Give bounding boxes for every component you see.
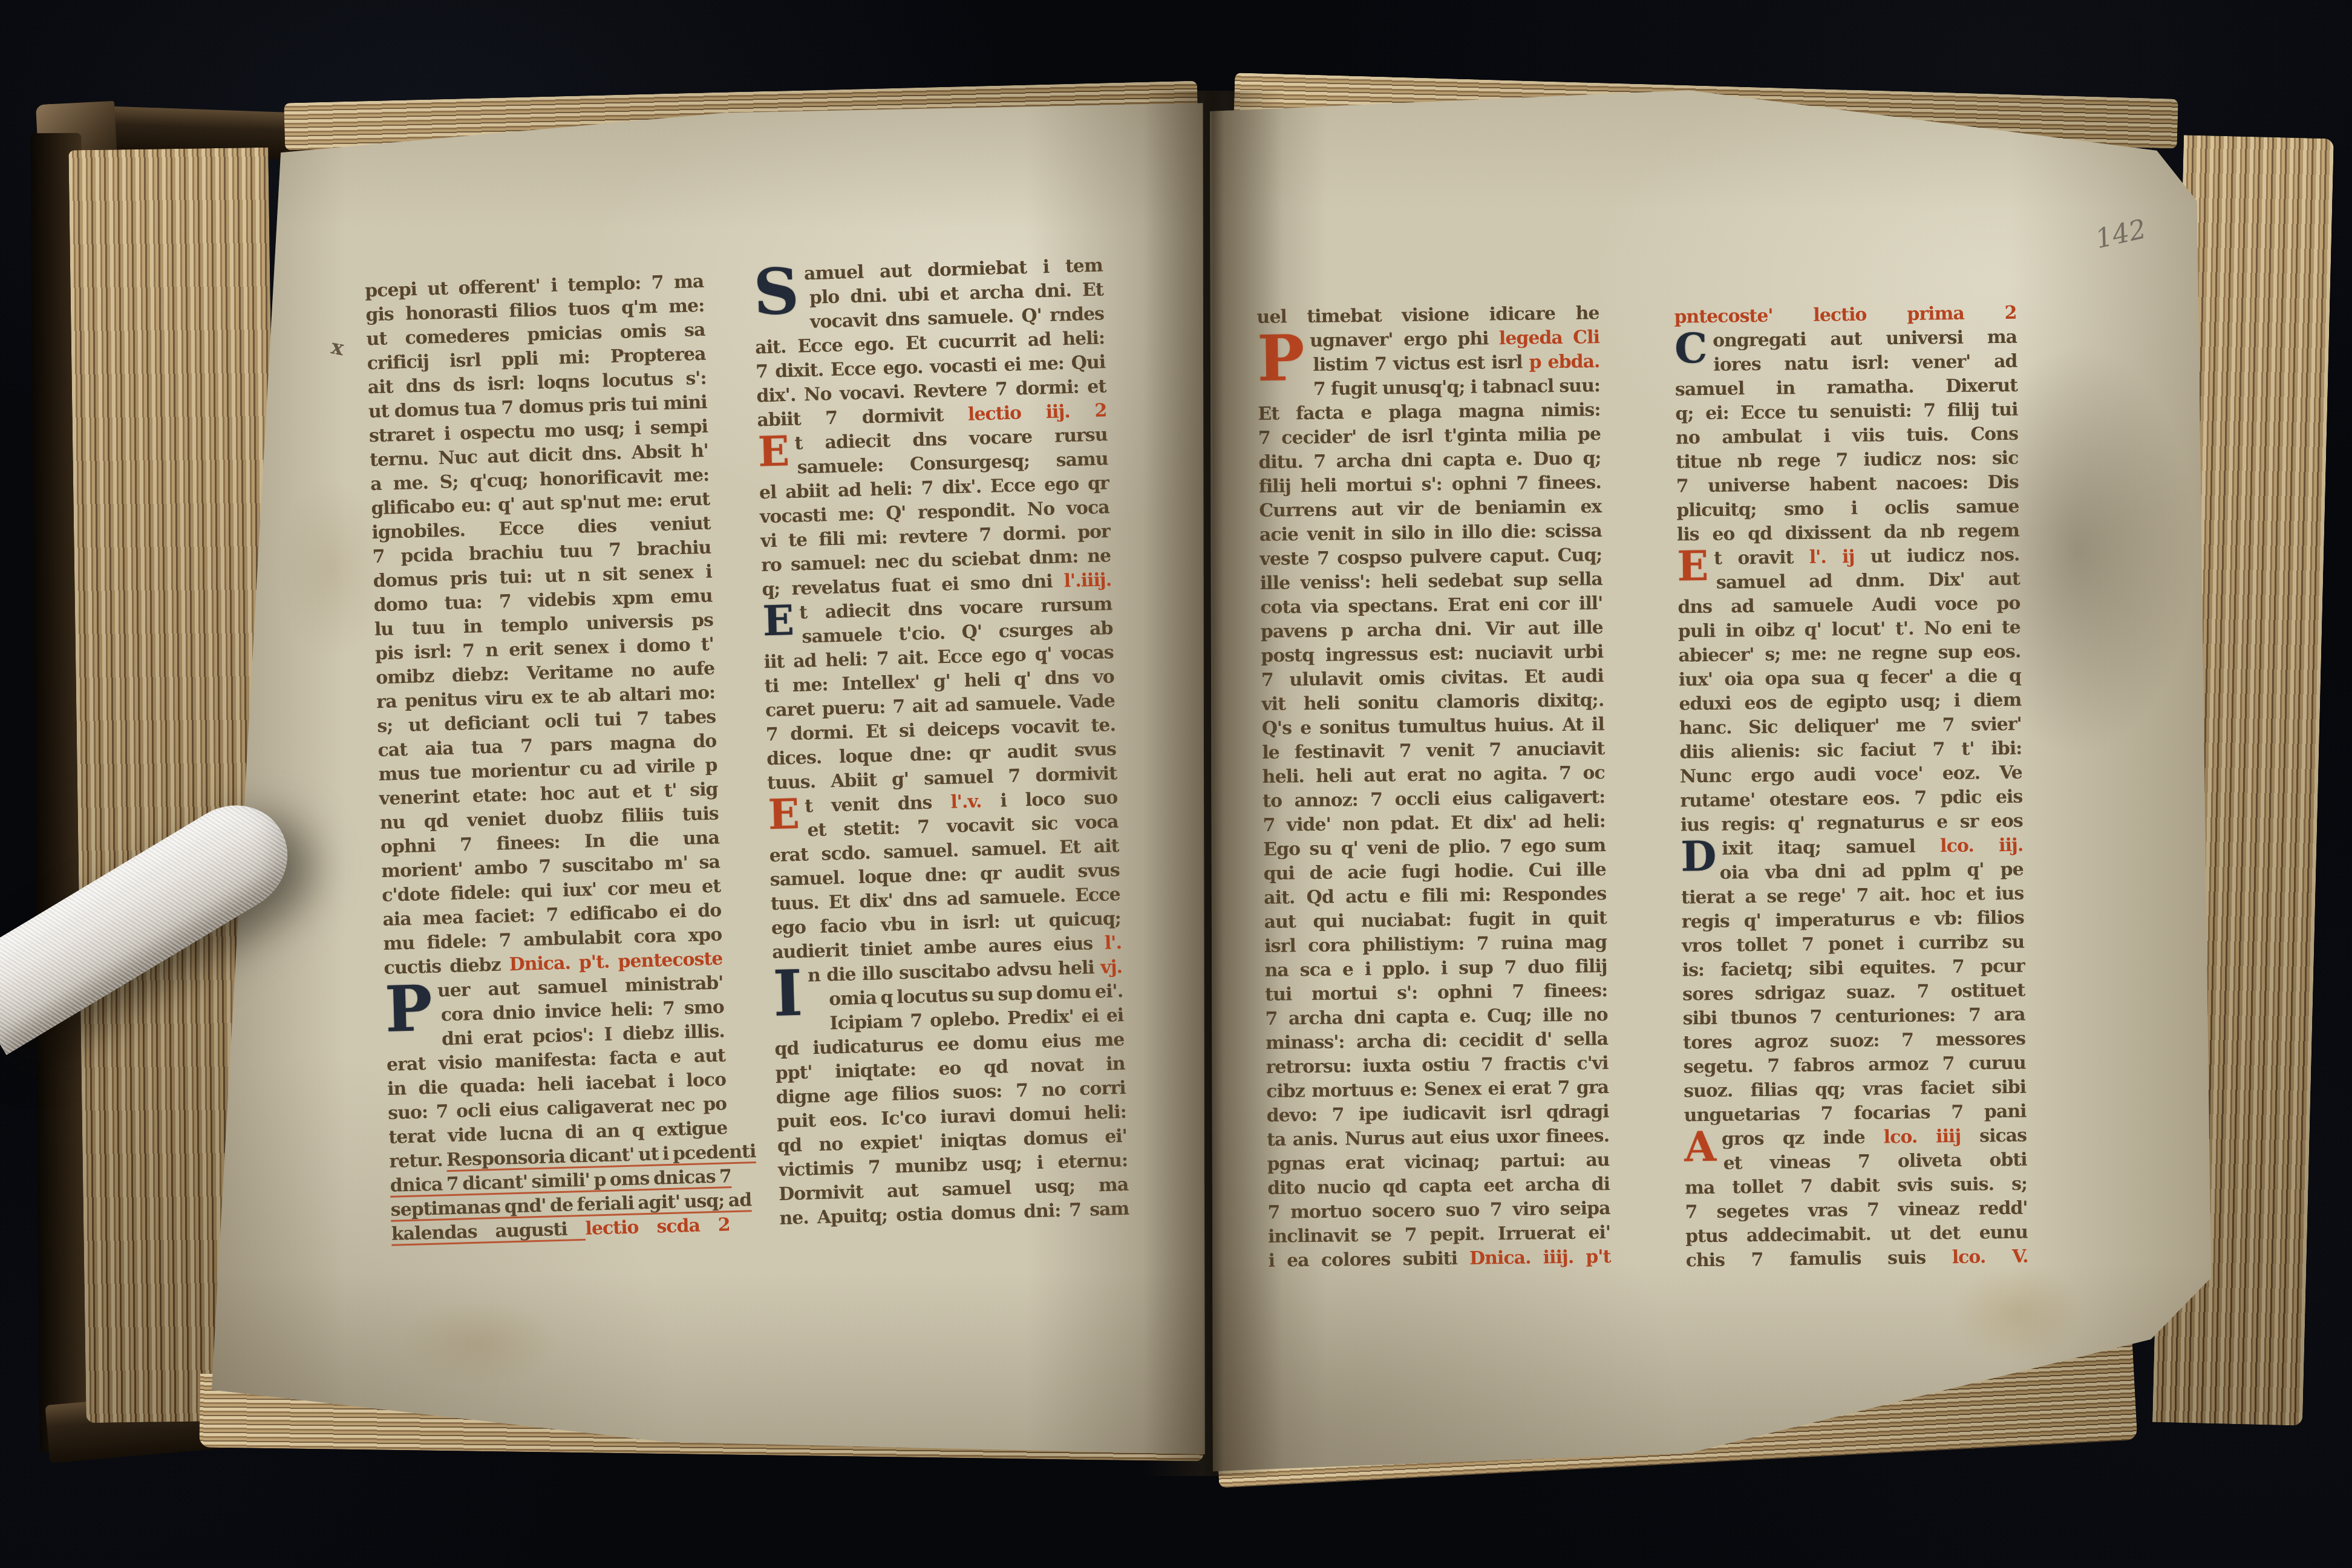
body-text: hanc. Sic deliquer' me 7 svier' [1679, 714, 2022, 739]
text-line: inclinavit se 7 pepit. Irruerat ei' [1268, 1222, 1610, 1247]
text-line: le festinavit 7 venit 7 anuciavit [1262, 738, 1604, 763]
illuminated-initial: D [1681, 837, 1716, 862]
body-text: uel timebat visione idicare he [1256, 302, 1599, 328]
text-line: Et facta e plaga magna nimis: [1258, 399, 1600, 425]
text-line: Ego su q' veni de plio. 7 ego sum [1263, 835, 1606, 860]
rubric-text: lco. iij. [1940, 835, 2024, 857]
text-line: 7 ululavit omis civitas. Et audi [1261, 665, 1604, 691]
body-text: postq ingressus est: nuciavit urbi [1261, 641, 1603, 667]
body-text: to annoz: 7 occli eius caligavert: [1263, 786, 1605, 812]
text-line: suoz. filias qq; vras faciet sibi [1684, 1077, 2026, 1102]
body-text: ixit itaq; samuel [1722, 835, 1940, 859]
body-text: et vineas 7 oliveta obti [1723, 1149, 2027, 1174]
body-text: listim 7 victus est isrl [1313, 352, 1529, 376]
text-line: 7 archa dni capta e. Cuq; ille no [1265, 1004, 1607, 1030]
body-text: acie venit in silo in illo die: scissa [1259, 520, 1602, 546]
text-line: Congregati aut universi ma [1674, 327, 2017, 352]
text-line: rutame' otestare eos. 7 pdic eis [1680, 786, 2022, 812]
text-line: 7 fugit unusq'q; i tabnacl suu: [1258, 375, 1600, 400]
body-text: devo: 7 ipe iudicavit isrl qdragi [1266, 1101, 1609, 1126]
rubric-text: l'. ij [1809, 546, 1870, 568]
text-line: cibz mortuus e: Senex ei erat 7 gra [1266, 1077, 1609, 1102]
text-line: tierat a se rege' 7 ait. hoc et ius [1681, 883, 2024, 909]
right-page-text-tilt: 142 uel timebat visione idicare hePugnav… [1198, 79, 2220, 1494]
text-line: segetu. 7 fabros armoz 7 curuu [1683, 1053, 2025, 1078]
body-text: 7 universe habent nacoes: Dis [1676, 472, 2019, 497]
illuminated-initial: S [753, 262, 798, 287]
rubric-text: Dnica. p't. pentecoste [509, 948, 723, 975]
text-column-2: Samuel aut dormiebat i templo dni. ubi e… [753, 253, 1129, 1231]
text-line: 7 universe habent nacoes: Dis [1676, 472, 2019, 497]
illuminated-initial: E [762, 601, 794, 626]
text-line: vros tollet 7 ponet i curribz su [1682, 932, 2024, 957]
rubric-text: pntecoste' lectio prima 2 [1674, 302, 2016, 328]
text-line: puli in oibz q' locut' t'. No eni te [1678, 617, 2020, 642]
text-line: 7 vide' non pdat. Et dix' ad heli: [1263, 811, 1606, 836]
text-line: samuel in ramatha. Dixerut [1675, 375, 2017, 400]
text-line: Et oravit l'. ij ut iudicz nos. [1677, 544, 2019, 570]
rubric-text: p ebda. [1529, 351, 1599, 373]
text-line: qui de acie fugi hodie. Cui ille [1263, 859, 1606, 884]
text-line: chis 7 famulis suis lco. V. [1685, 1246, 2028, 1272]
body-text: plicuitq; smo i oclis samue [1676, 496, 2019, 521]
body-text: gros qz inde [1722, 1127, 1884, 1150]
black-cloth-background: x pcepi ut offerent' i templo: 7 magis h… [0, 0, 2352, 1568]
text-line: Currens aut vir de beniamin ex [1259, 496, 1601, 521]
text-line: eduxi eos de egipto usq; i diem [1679, 690, 2021, 715]
rubric-text: l'.iiij. [1063, 569, 1111, 592]
rubric-text: Dnica. iiij. p't [1469, 1246, 1611, 1269]
text-line: ta anis. Nurus aut eius uxor finees. [1267, 1125, 1609, 1151]
body-text: t venit dns [805, 792, 951, 817]
illuminated-initial: C [1674, 329, 1707, 354]
body-text: 7 fugit unusq'q; i tabnacl suu: [1313, 375, 1600, 400]
text-line: ait. Qd actu e fili mi: Respondes [1264, 883, 1606, 909]
body-text: cota via spectans. Erat eni cor ill' [1260, 593, 1602, 618]
body-text: no ambulat i viis tuis. Cons [1676, 423, 2018, 449]
body-text: i ea colores subiti [1268, 1248, 1469, 1272]
body-text: na sca e i pplo. i sup 7 duo filij [1264, 956, 1607, 981]
text-line: pntecoste' lectio prima 2 [1674, 302, 2016, 328]
text-line: ditu. 7 archa dni capta e. Duo q; [1258, 448, 1601, 473]
body-text: abiit 7 dormivit [757, 404, 968, 431]
margin-cross-mark: x [329, 335, 345, 361]
body-text: samuel in ramatha. Dixerut [1675, 375, 2017, 400]
body-text: ugnaver' ergo phi [1310, 328, 1499, 351]
illuminated-initial: P [1257, 329, 1304, 354]
text-line: pavens p archa dni. Vir aut ille [1261, 617, 1603, 642]
body-text: oia vba dni ad pplm q' pe [1720, 859, 2024, 884]
rubric-text: l'. [1104, 932, 1122, 954]
text-line: Pugnaver' ergo phi legeda Cli [1257, 327, 1599, 352]
text-column-4: pntecoste' lectio prima 2Congregati aut … [1674, 301, 2028, 1273]
text-line: filij heli mortui s': ophni 7 finees. [1259, 472, 1601, 497]
text-line: cota via spectans. Erat eni cor ill' [1260, 593, 1602, 618]
rubric-text: lectio scda 2 [585, 1214, 730, 1240]
left-page: x pcepi ut offerent' i templo: 7 magis h… [206, 91, 1207, 1464]
text-line: iores natu isrl: vener' ad [1674, 351, 2017, 376]
text-line: oia vba dni ad pplm q' pe [1681, 859, 2024, 884]
body-text: segetu. 7 fabros armoz 7 curuu [1683, 1053, 2025, 1078]
text-line: hanc. Sic deliquer' me 7 svier' [1679, 714, 2022, 739]
rubric-text: lco. iiij [1883, 1126, 1979, 1148]
body-text: dni erat pcios': I diebz illis. [441, 1021, 725, 1050]
text-line: minass': archa di: cecidit d' sella [1266, 1028, 1608, 1054]
body-text: rutame' otestare eos. 7 pdic eis [1680, 786, 2022, 812]
illuminated-initial: A [1684, 1128, 1716, 1152]
body-text: chis 7 famulis suis [1685, 1247, 1952, 1271]
text-line: uel timebat visione idicare he [1256, 302, 1599, 328]
text-line: diis alienis: sic faciut 7 t' ibi: [1679, 738, 2022, 763]
text-line: Dixit itaq; samuel lco. iij. [1681, 835, 2023, 860]
body-text: sicas [1979, 1125, 2027, 1147]
body-text: 7 mortuo socero suo 7 viro seipa [1267, 1198, 1610, 1223]
body-text: is: facietq; sibi equites. 7 pcur [1682, 956, 2024, 981]
body-text: cibz mortuus e: Senex ei erat 7 gra [1266, 1077, 1609, 1102]
body-text: iores natu isrl: vener' ad [1713, 351, 2017, 376]
body-text: Nunc ergo audi voce' eoz. Ve [1680, 762, 2022, 788]
body-text: 7 vide' non pdat. Et dix' ad heli: [1263, 811, 1606, 836]
body-text: regis q' imperaturus e vb: filios [1682, 907, 2024, 933]
text-line: q; ei: Ecce tu senuisti: 7 filij tui [1675, 399, 2017, 425]
body-text: t oravit [1714, 547, 1809, 569]
text-line: samuel ad dnm. Dix' aut [1677, 569, 2020, 594]
body-text: i loco suo [981, 787, 1118, 812]
body-text: isrl cora philistiym: 7 ruina mag [1264, 932, 1607, 957]
body-text: samuel ad dnm. Dix' aut [1716, 569, 2020, 593]
body-text: tui mortui s': ophni 7 finees: [1265, 980, 1607, 1005]
text-line: unguetarias 7 focarias 7 pani [1684, 1101, 2026, 1126]
body-text: tores agroz suoz: 7 messores [1683, 1028, 2025, 1054]
text-line: plicuitq; smo i oclis samue [1676, 496, 2019, 521]
left-page-text-tilt: x pcepi ut offerent' i templo: 7 magis h… [187, 77, 1226, 1477]
body-text: eduxi eos de egipto usq; i diem [1679, 690, 2021, 715]
body-text: cora dnio invice heli: 7 smo [440, 996, 724, 1025]
text-line: sores sdrigaz suaz. 7 ostituet [1682, 980, 2025, 1005]
body-text: pavens p archa dni. Vir aut ille [1261, 617, 1603, 642]
body-text: abiecer' s; me: ne regne sup eos. [1678, 641, 2020, 667]
body-text: sores sdrigaz suaz. 7 ostituet [1682, 980, 2025, 1005]
text-line: et vineas 7 oliveta obti [1684, 1149, 2027, 1175]
text-line: ius regis: q' regnaturus e sr eos [1681, 811, 2023, 836]
body-text: Et facta e plaga magna nimis: [1258, 399, 1600, 425]
body-text: sibi tbunos 7 centuriones: 7 ara [1682, 1004, 2025, 1030]
rubric-text: vj. [1100, 956, 1123, 978]
body-text: vros tollet 7 ponet i curribz su [1682, 932, 2024, 957]
illuminated-initial: E [768, 795, 799, 820]
text-line: aut qui nuciabat: fugit in quit [1264, 907, 1606, 933]
text-line: Q's e sonitus tumultus huius. At il [1262, 714, 1604, 739]
body-text: minass': archa di: cecidit d' sella [1266, 1028, 1608, 1054]
body-text: vit heli sonitu clamoris dixitq;. [1261, 690, 1604, 715]
body-text: tierat a se rege' 7 ait. hoc et ius [1681, 883, 2024, 909]
text-line: isrl cora philistiym: 7 ruina mag [1264, 932, 1607, 957]
text-line: 7 mortuo socero suo 7 viro seipa [1267, 1198, 1610, 1223]
text-line: veste 7 cospso pulvere caput. Cuq; [1259, 544, 1602, 570]
text-line: 7 cecider' de isrl t'ginta milia pe [1258, 423, 1601, 449]
illuminated-initial: P [384, 979, 431, 1005]
text-line: to annoz: 7 occli eius caligavert: [1263, 786, 1605, 812]
text-line: i ea colores subiti Dnica. iiij. p't [1268, 1246, 1610, 1272]
body-text: le festinavit 7 venit 7 anuciavit [1262, 738, 1604, 763]
text-line: dito nucio qd capta eet archa di [1267, 1174, 1610, 1199]
body-text: 7 cecider' de isrl t'ginta milia pe [1258, 423, 1601, 449]
text-line: listim 7 victus est isrl p ebda. [1257, 351, 1599, 376]
body-text: kalendas augusti [391, 1218, 586, 1245]
body-text: diis alienis: sic faciut 7 t' ibi: [1679, 738, 2022, 763]
text-line: 7 segetes vras 7 vineaz redd' [1685, 1198, 2027, 1223]
body-text: ait. Qd actu e fili mi: Respondes [1264, 883, 1606, 909]
body-text: ius regis: q' regnaturus e sr eos [1681, 811, 2023, 836]
body-text: unguetarias 7 focarias 7 pani [1684, 1101, 2026, 1126]
body-text: qui de acie fugi hodie. Cui ille [1263, 859, 1606, 884]
text-line: titue nb rege 7 iudicz nos: sic [1676, 448, 2018, 473]
body-text: lis eo qd dixissent da nb regem [1677, 520, 2019, 546]
body-text: ma tollet 7 dabit svis suis. s; [1685, 1174, 2027, 1199]
body-text: Currens aut vir de beniamin ex [1259, 496, 1601, 521]
rubric-text: lco. V. [1952, 1246, 2028, 1269]
text-line: abiecer' s; me: ne regne sup eos. [1678, 641, 2020, 667]
illuminated-initial: E [1677, 547, 1708, 572]
illuminated-initial: I [773, 964, 802, 989]
text-line: ma tollet 7 dabit svis suis. s; [1685, 1174, 2027, 1199]
body-text: ongregati aut universi ma [1713, 327, 2017, 351]
body-text: inclinavit se 7 pepit. Irruerat ei' [1268, 1222, 1610, 1247]
body-text: veste 7 cospso pulvere caput. Cuq; [1259, 544, 1602, 570]
illuminated-initial: E [757, 432, 789, 457]
text-line: is: facietq; sibi equites. 7 pcur [1682, 956, 2024, 981]
body-text: 7 segetes vras 7 vineaz redd' [1685, 1198, 2027, 1223]
right-page: 142 uel timebat visione idicare hePugnav… [1207, 85, 2211, 1488]
text-line: na sca e i pplo. i sup 7 duo filij [1264, 956, 1607, 981]
body-text: filij heli mortui s': ophni 7 finees. [1259, 472, 1601, 497]
text-line: tores agroz suoz: 7 messores [1683, 1028, 2025, 1054]
body-text: ptus addecimabit. ut det eunu [1685, 1222, 2028, 1247]
text-column-3: uel timebat visione idicare hePugnaver' … [1256, 301, 1611, 1273]
body-text: dito nucio qd capta eet archa di [1267, 1174, 1610, 1199]
text-line: Agros qz inde lco. iiij sicas [1684, 1125, 2027, 1151]
text-line: regis q' imperaturus e vb: filios [1682, 907, 2024, 933]
body-text: pgnas erat vicinaq; partui: au [1267, 1149, 1609, 1175]
body-text: suoz. filias qq; vras faciet sibi [1684, 1077, 2026, 1102]
text-line: vit heli sonitu clamoris dixitq;. [1261, 690, 1604, 715]
text-line: ille veniss': heli sedebat sup sella [1260, 569, 1602, 594]
body-text: iux' oia opa sua q fecer' a die q [1679, 665, 2021, 691]
text-line: Nunc ergo audi voce' eoz. Ve [1680, 762, 2022, 788]
text-line: iux' oia opa sua q fecer' a die q [1679, 665, 2021, 691]
text-line: heli. heli aut erat no agita. 7 oc [1263, 762, 1605, 788]
body-text: 7 archa dni capta e. Cuq; ille no [1265, 1004, 1607, 1030]
text-line: dns ad samuele Audi voce po [1677, 593, 2020, 618]
text-line: postq ingressus est: nuciavit urbi [1261, 641, 1603, 667]
body-text: puli in oibz q' locut' t'. No eni te [1678, 617, 2020, 642]
body-text: q; ei: Ecce tu senuisti: 7 filij tui [1675, 399, 2017, 425]
folio-number: 142 [2092, 214, 2149, 255]
body-text: aut qui nuciabat: fugit in quit [1264, 907, 1606, 933]
rubric-text: legeda Cli [1499, 327, 1599, 349]
text-line: sibi tbunos 7 centuriones: 7 ara [1682, 1004, 2025, 1030]
text-line: devo: 7 ipe iudicavit isrl qdragi [1266, 1101, 1609, 1126]
body-text: ta anis. Nurus aut eius uxor finees. [1267, 1125, 1609, 1151]
rubric-text: l'.v. [950, 791, 982, 812]
body-text: dns ad samuele Audi voce po [1677, 593, 2020, 618]
body-text: heli. heli aut erat no agita. 7 oc [1263, 762, 1605, 788]
text-line: tui mortui s': ophni 7 finees: [1265, 980, 1607, 1005]
body-text: Ego su q' veni de plio. 7 ego sum [1263, 835, 1606, 860]
body-text: ditu. 7 archa dni capta e. Duo q; [1258, 448, 1601, 473]
text-line: no ambulat i viis tuis. Cons [1676, 423, 2018, 449]
text-line: retrorsu: iuxta ostiu 7 fractis c'vi [1266, 1053, 1608, 1078]
body-text: Q's e sonitus tumultus huius. At il [1262, 714, 1604, 739]
body-text: titue nb rege 7 iudicz nos: sic [1676, 448, 2018, 473]
body-text: ille veniss': heli sedebat sup sella [1260, 569, 1602, 594]
body-text: 7 ululavit omis civitas. Et audi [1261, 665, 1604, 691]
rubric-text: lectio iij. 2 [968, 400, 1107, 425]
text-line: pgnas erat vicinaq; partui: au [1267, 1149, 1609, 1175]
text-line: ptus addecimabit. ut det eunu [1685, 1222, 2028, 1247]
text-column-1: pcepi ut offerent' i templo: 7 magis hon… [365, 270, 730, 1247]
body-text: retrorsu: iuxta ostiu 7 fractis c'vi [1266, 1053, 1608, 1078]
body-text: ut iudicz nos. [1870, 544, 2020, 567]
text-line: lis eo qd dixissent da nb regem [1677, 520, 2019, 546]
text-line: acie venit in silo in illo die: scissa [1259, 520, 1602, 546]
body-text: retur. [389, 1149, 446, 1172]
